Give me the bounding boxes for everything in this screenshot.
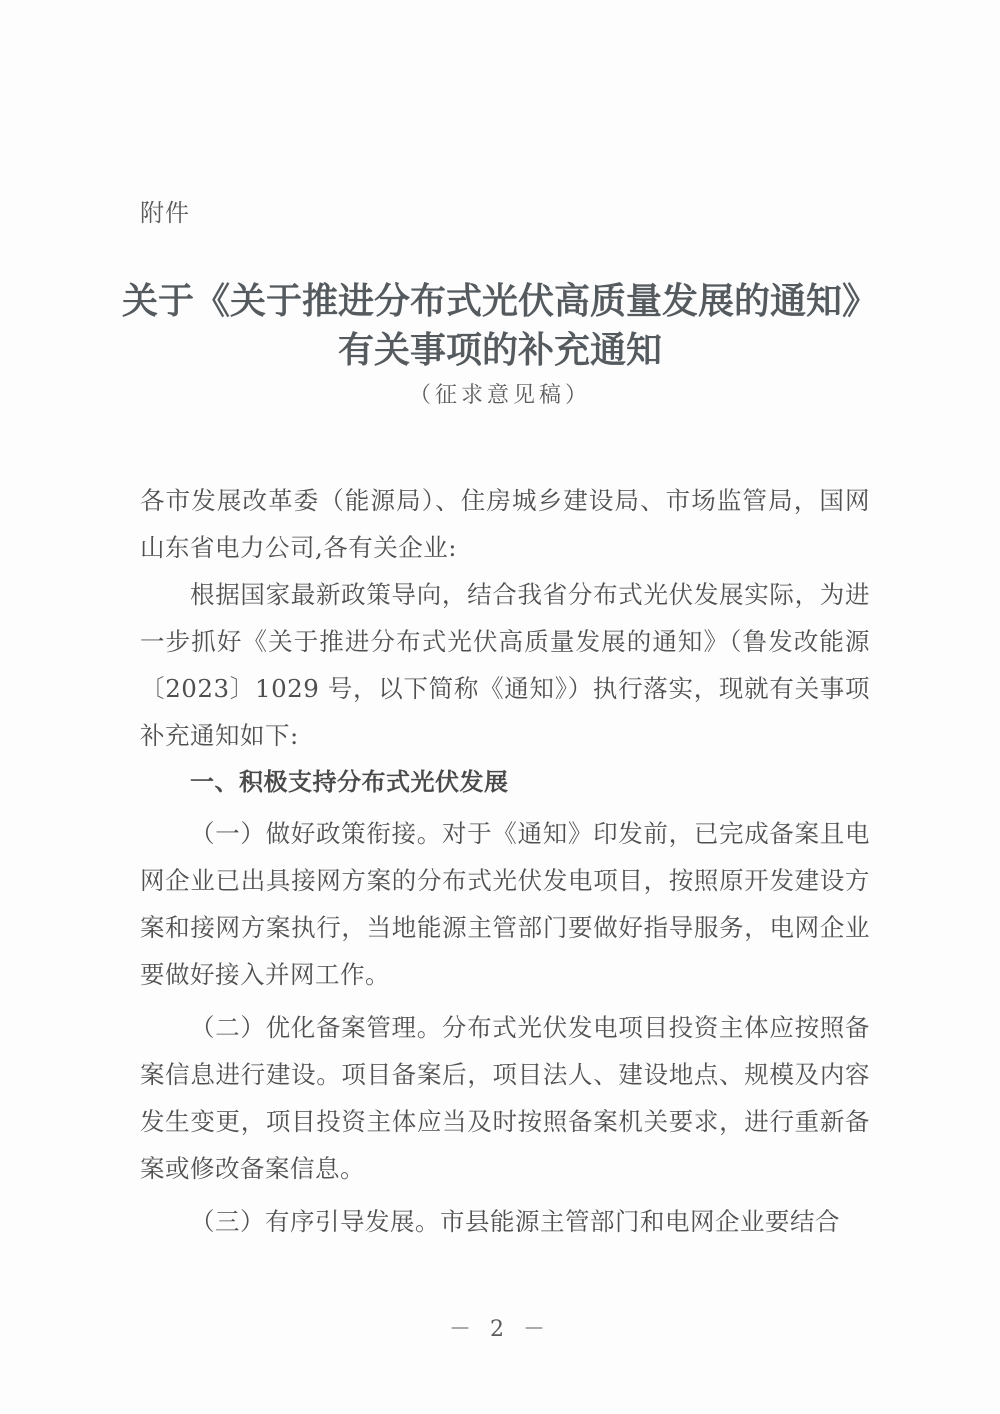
section-heading-1: 一、积极支持分布式光伏发展 [140,759,870,806]
document-title-line-1: 关于《关于推进分布式光伏高质量发展的通知》 [100,276,900,326]
attachment-label: 附件 [140,193,190,228]
section-1-item-2: （二）优化备案管理。分布式光伏发电项目投资主体应按照备案信息进行建设。项目备案后… [140,1004,870,1192]
document-body: 各市发展改革委（能源局）、住房城乡建设局、市场监管局，国网山东省电力公司,各有关… [140,477,870,1245]
section-1-item-1: （一）做好政策衔接。对于《通知》印发前，已完成备案且电网企业已出具接网方案的分布… [140,810,870,998]
document-page: 附件 关于《关于推进分布式光伏高质量发展的通知》 有关事项的补充通知 （征求意见… [0,0,1000,1414]
draft-subtitle: （征求意见稿） [100,378,900,409]
section-1-item-3: （三）有序引导发展。市县能源主管部门和电网企业要结合 [140,1198,870,1245]
document-title-line-2: 有关事项的补充通知 [100,325,900,375]
page-number: － 2 － [0,1312,1000,1343]
salutation-paragraph: 各市发展改革委（能源局）、住房城乡建设局、市场监管局，国网山东省电力公司,各有关… [140,477,870,571]
intro-paragraph: 根据国家最新政策导向，结合我省分布式光伏发展实际，为进一步抓好《关于推进分布式光… [140,571,870,759]
